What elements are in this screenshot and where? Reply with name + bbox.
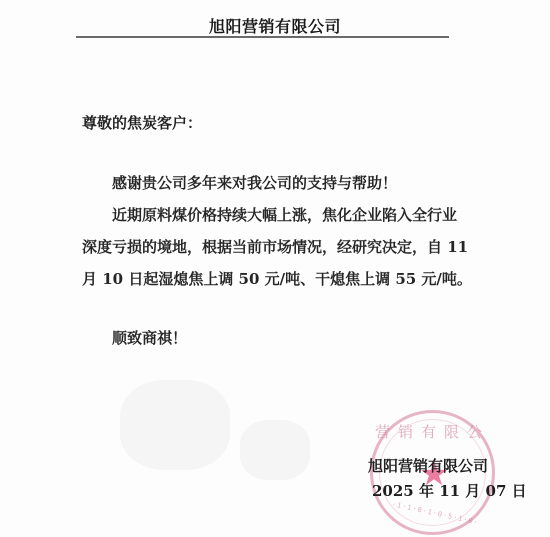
salutation: 尊敬的焦炭客户： <box>82 112 202 133</box>
body-paragraph-thanks: 感谢贵公司多年来对我公司的支持与帮助！ <box>112 172 542 193</box>
body-paragraph-line-1: 近期原料煤价格持续大幅上涨，焦化企业陷入全行业 <box>112 204 542 225</box>
scan-smudge <box>120 380 230 470</box>
seal-arc-text: 营销有限公 <box>373 421 492 442</box>
closing-greeting: 顺致商祺！ <box>112 327 187 348</box>
signature-company: 旭阳营销有限公司 <box>368 455 488 476</box>
body-paragraph-line-3: 月 10 日起湿熄焦上调 50 元/吨、干熄焦上调 55 元/吨。 <box>82 268 512 289</box>
letterhead-company-name: 旭阳营销有限公司 <box>0 14 550 37</box>
scan-smudge <box>240 420 310 480</box>
letter-page: 旭阳营销有限公司 尊敬的焦炭客户： 感谢贵公司多年来对我公司的支持与帮助！ 近期… <box>0 0 550 537</box>
letterhead-divider <box>76 36 449 38</box>
body-paragraph-line-2: 深度亏损的境地，根据当前市场情况，经研究决定，自 11 <box>82 236 512 257</box>
signature-date: 2025 年 11 月 07 日 <box>372 480 527 501</box>
